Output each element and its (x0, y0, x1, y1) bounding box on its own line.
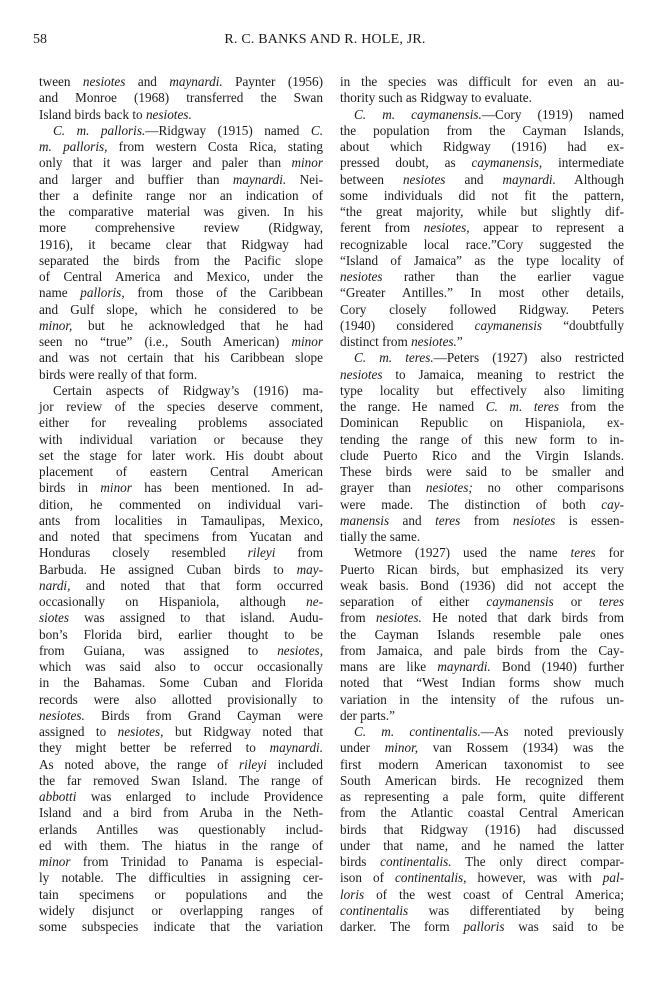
text-run: ther a definite range nor an indication … (39, 188, 323, 203)
text-line: from nesiotes. He noted that dark birds … (340, 610, 624, 626)
text-run: was assigned to that island. Audu- (69, 610, 323, 625)
text-run: As noted above, the range of (39, 757, 239, 772)
text-line: tially the same. (340, 529, 624, 545)
running-head: R. C. BANKS AND R. HOLE, JR. (0, 32, 650, 48)
text-run: He noted that dark birds from (422, 610, 624, 625)
text-line: dition, he commented on individual vari- (39, 497, 323, 513)
text-line: as representing a pale form, quite diffe… (340, 789, 624, 805)
text-run: tending the range of this new form to in… (340, 432, 624, 447)
text-run: birds (340, 854, 380, 869)
text-line: separated the birds from the Pacific slo… (39, 253, 323, 269)
italic-text: teres (435, 513, 460, 528)
text-run: from western Costa Rica, stating (107, 139, 323, 154)
text-run: from (340, 610, 376, 625)
italic-text: continentalis. (380, 854, 451, 869)
italic-text: C. m. caymanensis. (354, 107, 482, 122)
text-run: Barbuda. He assigned Cuban birds to (39, 562, 297, 577)
text-line: C. m. teres.—Peters (1927) also restrict… (340, 350, 624, 366)
text-run: intermediate (542, 155, 624, 170)
text-line: nesiotes. Birds from Grand Cayman were (39, 708, 323, 724)
italic-text: caymanensis, (472, 155, 543, 170)
text-run: separated the birds from the Pacific slo… (39, 253, 323, 268)
text-run: The only direct compar- (452, 854, 624, 869)
text-line: about which Ridgway (1916) had ex- (340, 139, 624, 155)
italic-text: C. m. continentalis. (354, 724, 481, 739)
text-line: Puerto Rican birds, but emphasized its v… (340, 562, 624, 578)
text-run: bon’s Florida bird, earlier thought to b… (39, 627, 323, 642)
italic-text: minor (100, 480, 132, 495)
text-run: under that name, and he named the latter (340, 838, 624, 853)
text-line: C. m. caymanensis.—Cory (1919) named (340, 107, 624, 123)
text-line: some individuals did not fit the pattern… (340, 188, 624, 204)
text-line: Barbuda. He assigned Cuban birds to may- (39, 562, 323, 578)
text-line: These birds were said to be smaller and (340, 464, 624, 480)
text-line: der parts.” (340, 708, 624, 724)
text-run: darker. The form (340, 919, 463, 934)
text-run: Island birds back to (39, 107, 146, 122)
text-run: widely disjunct or overlapping ranges of (39, 903, 323, 918)
text-run: Certain aspects of Ridgway’s (1916) ma- (53, 383, 323, 398)
text-run: but he acknowledged that he had (72, 318, 323, 333)
text-run: however, was with (466, 870, 602, 885)
italic-text: nesiotes (340, 367, 383, 382)
text-run: Although (556, 172, 624, 187)
text-line: 1916), it became clear that Ridgway had (39, 237, 323, 253)
text-line: ther a definite range nor an indication … (39, 188, 323, 204)
text-line: ly notable. The difficulties in assignin… (39, 870, 323, 886)
text-run: under (340, 740, 385, 755)
text-line: ison of continentalis, however, was with… (340, 870, 624, 886)
italic-text: C. m. teres. (354, 350, 434, 365)
text-line: darker. The form palloris was said to be (340, 919, 624, 935)
text-line: the Cayman Islands resemble pale ones (340, 627, 624, 643)
text-line: and was not certain that his Caribbean s… (39, 350, 323, 366)
text-line: “Greater Antilles.” In most other detail… (340, 285, 624, 301)
italic-text: nesiotes; (426, 480, 473, 495)
text-line: from Jamaica, and pale birds from the Ca… (340, 643, 624, 659)
text-line: were made. The distinction of both cay- (340, 497, 624, 513)
italic-text: maynardi. (437, 659, 490, 674)
italic-text: nesiotes, (277, 643, 323, 658)
text-run: distinct from (340, 334, 411, 349)
text-line: Dominican Republic on Hispaniola, ex- (340, 415, 624, 431)
text-run: mans are like (340, 659, 437, 674)
text-run: only that it was larger and paler than (39, 155, 291, 170)
text-line: from the Atlantic coastal Central Americ… (340, 805, 624, 821)
text-run: included (267, 757, 323, 772)
italic-text: rileyi (239, 757, 267, 772)
text-line: separation of either caymanensis or tere… (340, 594, 624, 610)
text-run: birds that Ridgway (1916) had discussed (340, 822, 624, 837)
text-line: C. m. continentalis.—As noted previously (340, 724, 624, 740)
text-run: the comparative material was given. In h… (39, 204, 323, 219)
italic-text: teres (571, 545, 596, 560)
text-line: of Central America and Mexico, under the (39, 269, 323, 285)
text-line: m. palloris, from western Costa Rica, st… (39, 139, 323, 155)
text-run: thority such as Ridgway to evaluate. (340, 90, 532, 105)
text-line: occasionally on Hispaniola, although ne- (39, 594, 323, 610)
italic-text: maynardi. (270, 740, 323, 755)
text-run: pressed doubt, as (340, 155, 472, 170)
italic-text: caymanensis (475, 318, 542, 333)
text-run: which was said also to occur occasionall… (39, 659, 323, 674)
text-run: from those of the Caribbean (125, 285, 323, 300)
text-line: tween nesiotes and maynardi. Paynter (19… (39, 74, 323, 90)
text-line: under minor, van Rossem (1934) was the (340, 740, 624, 756)
italic-text: nardi, (39, 578, 70, 593)
text-run: the population from the Cayman Islands, (340, 123, 624, 138)
text-line: bon’s Florida bird, earlier thought to b… (39, 627, 323, 643)
italic-text: nesiotes. (146, 107, 192, 122)
text-line: assigned to nesiotes, but Ridgway noted … (39, 724, 323, 740)
text-line: from Guiana, was assigned to nesiotes, (39, 643, 323, 659)
text-line: grayer than nesiotes; no other compariso… (340, 480, 624, 496)
text-run: some subspecies indicate that the variat… (39, 919, 323, 934)
text-line: continentalis was differentiated by bein… (340, 903, 624, 919)
italic-text: nesiotes (340, 269, 383, 284)
text-run: of Central America and Mexico, under the (39, 269, 323, 284)
italic-text: manensis (340, 513, 389, 528)
text-line: ants from localities in Tamaulipas, Mexi… (39, 513, 323, 529)
text-run: and (125, 74, 169, 89)
text-line: manensis and teres from nesiotes is esse… (340, 513, 624, 529)
text-run: tially the same. (340, 529, 420, 544)
text-run: der parts.” (340, 708, 395, 723)
text-run: name (39, 285, 80, 300)
text-run: tween (39, 74, 83, 89)
text-run: they might better be referred to (39, 740, 270, 755)
italic-text: maynardi. (233, 172, 286, 187)
text-run: weak basis. Bond (1936) did not accept t… (340, 578, 624, 593)
text-run: van Rossem (1934) was the (418, 740, 624, 755)
text-line: and Gulf slope, which he considered to b… (39, 302, 323, 318)
italic-text: teres (599, 594, 624, 609)
italic-text: nesiotes. (376, 610, 422, 625)
text-run: was differentiated by being (408, 903, 624, 918)
italic-text: loris (340, 887, 364, 902)
text-line: widely disjunct or overlapping ranges of (39, 903, 323, 919)
italic-text: nesiotes. (39, 708, 85, 723)
text-line: South American birds. He recognized them (340, 773, 624, 789)
text-line: distinct from nesiotes.” (340, 334, 624, 350)
text-run: South American birds. He recognized them (340, 773, 624, 788)
italic-text: minor, (39, 318, 72, 333)
text-run: type locality but effectively also limit… (340, 383, 624, 398)
page-header: 58 R. C. BANKS AND R. HOLE, JR. (0, 32, 650, 52)
text-line: type locality but effectively also limit… (340, 383, 624, 399)
text-run: jor review of the species deserve commen… (39, 399, 323, 414)
text-line: first modern American taxonomist to see (340, 757, 624, 773)
italic-text: cay- (601, 497, 624, 512)
text-line: in the species was difficult for even an… (340, 74, 624, 90)
text-line: between nesiotes and maynardi. Although (340, 172, 624, 188)
text-run: ison of (340, 870, 395, 885)
text-run: and Monroe (1968) transferred the Swan (39, 90, 323, 105)
text-run: birds in (39, 480, 100, 495)
text-run: placement of eastern Central American (39, 464, 323, 479)
text-run: between (340, 172, 403, 187)
italic-text: minor, (385, 740, 418, 755)
text-line: the comparative material was given. In h… (39, 204, 323, 220)
text-line: recognizable local race.”Cory suggested … (340, 237, 624, 253)
italic-text: rileyi (248, 545, 276, 560)
text-run: —Ridgway (1915) named (145, 123, 311, 138)
text-line: birds continentalis. The only direct com… (340, 854, 624, 870)
text-line: only that it was larger and paler than m… (39, 155, 323, 171)
text-line: nesiotes rather than the earlier vague (340, 269, 624, 285)
text-run: appear to represent a (470, 220, 624, 235)
text-run: Birds from Grand Cayman were (85, 708, 323, 723)
text-line: and noted that specimens from Yucatan an… (39, 529, 323, 545)
text-line: variation in the intensity of the rufous… (340, 692, 624, 708)
text-line: seen no “true” (i.e., South American) mi… (39, 334, 323, 350)
italic-text: nesiotes, (424, 220, 470, 235)
text-run: variation in the intensity of the rufous… (340, 692, 624, 707)
italic-text: continentalis (340, 903, 408, 918)
text-run: birds were really of that form. (39, 367, 197, 382)
text-run: tain specimens or populations and the (39, 887, 323, 902)
text-line: noted that “West Indian forms show much (340, 675, 624, 691)
text-run: —Peters (1927) also restricted (434, 350, 624, 365)
text-run: seen no “true” (i.e., South American) (39, 334, 291, 349)
text-run: Nei- (286, 172, 323, 187)
text-run: with individual variation or because the… (39, 432, 323, 447)
text-line: tain specimens or populations and the (39, 887, 323, 903)
text-line: Wetmore (1927) used the name teres for (340, 545, 624, 561)
text-line: minor from Trinidad to Panama is especia… (39, 854, 323, 870)
text-run: from the (559, 399, 624, 414)
italic-text: ne- (306, 594, 323, 609)
italic-text: abbotti (39, 789, 76, 804)
italic-text: C. m. teres (486, 399, 559, 414)
text-run: Paynter (1956) (223, 74, 323, 89)
text-line: weak basis. Bond (1936) did not accept t… (340, 578, 624, 594)
text-line: set the stage for later work. His doubt … (39, 448, 323, 464)
text-run: and noted that that form occurred (70, 578, 323, 593)
right-column: in the species was difficult for even an… (340, 74, 624, 935)
italic-text: nesiotes, (118, 724, 164, 739)
text-run: the far removed Swan Island. The range o… (39, 773, 323, 788)
text-line: Honduras closely resembled rileyi from (39, 545, 323, 561)
text-run: noted that “West Indian forms show much (340, 675, 624, 690)
text-line: more comprehensive review (Ridgway, (39, 220, 323, 236)
text-line: minor, but he acknowledged that he had (39, 318, 323, 334)
text-run: Puerto Rican birds, but emphasized its v… (340, 562, 624, 577)
text-line: loris of the west coast of Central Ameri… (340, 887, 624, 903)
italic-text: nesiotes (403, 172, 446, 187)
italic-text: pal- (603, 870, 624, 885)
text-run: and noted that specimens from Yucatan an… (39, 529, 323, 544)
text-line: birds were really of that form. (39, 367, 323, 383)
italic-text: maynardi. (503, 172, 556, 187)
text-line: records were also allotted provisionally… (39, 692, 323, 708)
text-run: or (554, 594, 599, 609)
italic-text: minor (291, 334, 323, 349)
text-line: the range. He named C. m. teres from the (340, 399, 624, 415)
text-run: some individuals did not fit the pattern… (340, 188, 624, 203)
text-run: no other comparisons (473, 480, 624, 495)
text-run: clude Puerto Rico and the Virgin Islands… (340, 448, 624, 463)
text-run: and larger and buffier than (39, 172, 233, 187)
text-line: they might better be referred to maynard… (39, 740, 323, 756)
text-run: recognizable local race.”Cory suggested … (340, 237, 624, 252)
text-line: under that name, and he named the latter (340, 838, 624, 854)
text-line: clude Puerto Rico and the Virgin Islands… (340, 448, 624, 464)
text-run: ly notable. The difficulties in assignin… (39, 870, 323, 885)
text-run: set the stage for later work. His doubt … (39, 448, 323, 463)
text-run: grayer than (340, 480, 426, 495)
text-run: has been mentioned. In ad- (132, 480, 323, 495)
text-line: erlands Antilles was questionably includ… (39, 822, 323, 838)
italic-text: siotes (39, 610, 69, 625)
text-run: records were also allotted provisionally… (39, 692, 323, 707)
text-line: thority such as Ridgway to evaluate. (340, 90, 624, 106)
text-line: birds in minor has been mentioned. In ad… (39, 480, 323, 496)
text-run: from Guiana, was assigned to (39, 643, 277, 658)
text-line: birds that Ridgway (1916) had discussed (340, 822, 624, 838)
italic-text: continentalis, (395, 870, 466, 885)
text-run: “Greater Antilles.” In most other detail… (340, 285, 624, 300)
text-run: from Trinidad to Panama is especial- (71, 854, 323, 869)
text-line: Certain aspects of Ridgway’s (1916) ma- (39, 383, 323, 399)
text-run: 1916), it became clear that Ridgway had (39, 237, 323, 252)
text-line: siotes was assigned to that island. Audu… (39, 610, 323, 626)
text-run: occasionally on Hispaniola, although (39, 594, 306, 609)
text-line: “Island of Jamaica” as the type locality… (340, 253, 624, 269)
text-line: Island and a bird from Aruba in the Neth… (39, 805, 323, 821)
text-run: —Cory (1919) named (482, 107, 624, 122)
text-run: in the species was difficult for even an… (340, 74, 624, 89)
text-line: pressed doubt, as caymanensis, intermedi… (340, 155, 624, 171)
text-run: from the Atlantic coastal Central Americ… (340, 805, 624, 820)
text-run: more comprehensive review (Ridgway, (39, 220, 323, 235)
text-line: C. m. palloris.—Ridgway (1915) named C. (39, 123, 323, 139)
text-run: and was not certain that his Caribbean s… (39, 350, 323, 365)
text-run: These birds were said to be smaller and (340, 464, 624, 479)
text-run: separation of either (340, 594, 486, 609)
text-run: from Jamaica, and pale birds from the Ca… (340, 643, 624, 658)
italic-text: C. m. palloris. (53, 123, 145, 138)
italic-text: minor (39, 854, 71, 869)
text-line: in the Bahamas. Some Cuban and Florida (39, 675, 323, 691)
text-line: Cory closely followed Ridgway. Peters (340, 302, 624, 318)
text-run: of the west coast of Central America; (364, 887, 624, 902)
text-run: Island and a bird from Aruba in the Neth… (39, 805, 323, 820)
text-line: placement of eastern Central American (39, 464, 323, 480)
text-run: Cory closely followed Ridgway. Peters (340, 302, 624, 317)
text-line: (1940) considered caymanensis “doubtfull… (340, 318, 624, 334)
text-run: dition, he commented on individual vari- (39, 497, 323, 512)
text-run: Bond (1940) further (491, 659, 624, 674)
text-run: “the great majority, while but slightly … (340, 204, 624, 219)
text-line: the population from the Cayman Islands, (340, 123, 624, 139)
text-line: with individual variation or because the… (39, 432, 323, 448)
italic-text: m. palloris, (39, 139, 107, 154)
italic-text: maynardi. (169, 74, 222, 89)
text-run: rather than the earlier vague (383, 269, 625, 284)
text-run: assigned to (39, 724, 118, 739)
text-line: nesiotes to Jamaica, meaning to restrict… (340, 367, 624, 383)
text-run: Honduras closely resembled (39, 545, 248, 560)
text-run: was enlarged to include Providence (76, 789, 323, 804)
text-run: and (389, 513, 435, 528)
text-line: some subspecies indicate that the variat… (39, 919, 323, 935)
text-line: Island birds back to nesiotes. (39, 107, 323, 123)
text-line: As noted above, the range of rileyi incl… (39, 757, 323, 773)
text-line: and Monroe (1968) transferred the Swan (39, 90, 323, 106)
text-run: ed with them. The hiatus in the range of (39, 838, 323, 853)
italic-text: C. (311, 123, 323, 138)
text-line: ed with them. The hiatus in the range of (39, 838, 323, 854)
text-run: for (596, 545, 624, 560)
text-run: but Ridgway noted that (163, 724, 323, 739)
text-run: the range. He named (340, 399, 486, 414)
text-run: erlands Antilles was questionably includ… (39, 822, 323, 837)
text-line: abbotti was enlarged to include Providen… (39, 789, 323, 805)
text-run: “Island of Jamaica” as the type locality… (340, 253, 624, 268)
text-run: Wetmore (1927) used the name (354, 545, 571, 560)
text-line: “the great majority, while but slightly … (340, 204, 624, 220)
text-run: the Cayman Islands resemble pale ones (340, 627, 624, 642)
text-run: about which Ridgway (1916) had ex- (340, 139, 624, 154)
text-run: from (275, 545, 323, 560)
text-run: is essen- (555, 513, 624, 528)
text-run: “doubtfully (542, 318, 624, 333)
italic-text: nesiotes (83, 74, 126, 89)
text-line: name palloris, from those of the Caribbe… (39, 285, 323, 301)
text-run: were made. The distinction of both (340, 497, 601, 512)
text-run: as representing a pale form, quite diffe… (340, 789, 624, 804)
text-line: jor review of the species deserve commen… (39, 399, 323, 415)
italic-text: nesiotes. (411, 334, 457, 349)
text-run: either for revealing problems associated (39, 415, 323, 430)
text-run: Dominican Republic on Hispaniola, ex- (340, 415, 624, 430)
text-run: and Gulf slope, which he considered to b… (39, 302, 323, 317)
italic-text: nesiotes (513, 513, 556, 528)
text-run: ” (457, 334, 463, 349)
text-run: ants from localities in Tamaulipas, Mexi… (39, 513, 323, 528)
text-run: was said to be (504, 919, 624, 934)
text-run: to Jamaica, meaning to restrict the (383, 367, 625, 382)
text-line: nardi, and noted that that form occurred (39, 578, 323, 594)
text-run: first modern American taxonomist to see (340, 757, 624, 772)
text-run: from (460, 513, 513, 528)
text-run: in the Bahamas. Some Cuban and Florida (39, 675, 323, 690)
text-line: mans are like maynardi. Bond (1940) furt… (340, 659, 624, 675)
italic-text: palloris, (80, 285, 124, 300)
text-run: —As noted previously (481, 724, 624, 739)
text-line: the far removed Swan Island. The range o… (39, 773, 323, 789)
text-run: (1940) considered (340, 318, 475, 333)
left-column: tween nesiotes and maynardi. Paynter (19… (39, 74, 323, 935)
text-line: either for revealing problems associated (39, 415, 323, 431)
italic-text: may- (297, 562, 323, 577)
italic-text: caymanensis (486, 594, 553, 609)
text-line: ferent from nesiotes, appear to represen… (340, 220, 624, 236)
text-run: ferent from (340, 220, 424, 235)
text-run: and (445, 172, 502, 187)
italic-text: palloris (463, 919, 504, 934)
text-line: which was said also to occur occasionall… (39, 659, 323, 675)
italic-text: minor (291, 155, 323, 170)
text-line: and larger and buffier than maynardi. Ne… (39, 172, 323, 188)
text-line: tending the range of this new form to in… (340, 432, 624, 448)
